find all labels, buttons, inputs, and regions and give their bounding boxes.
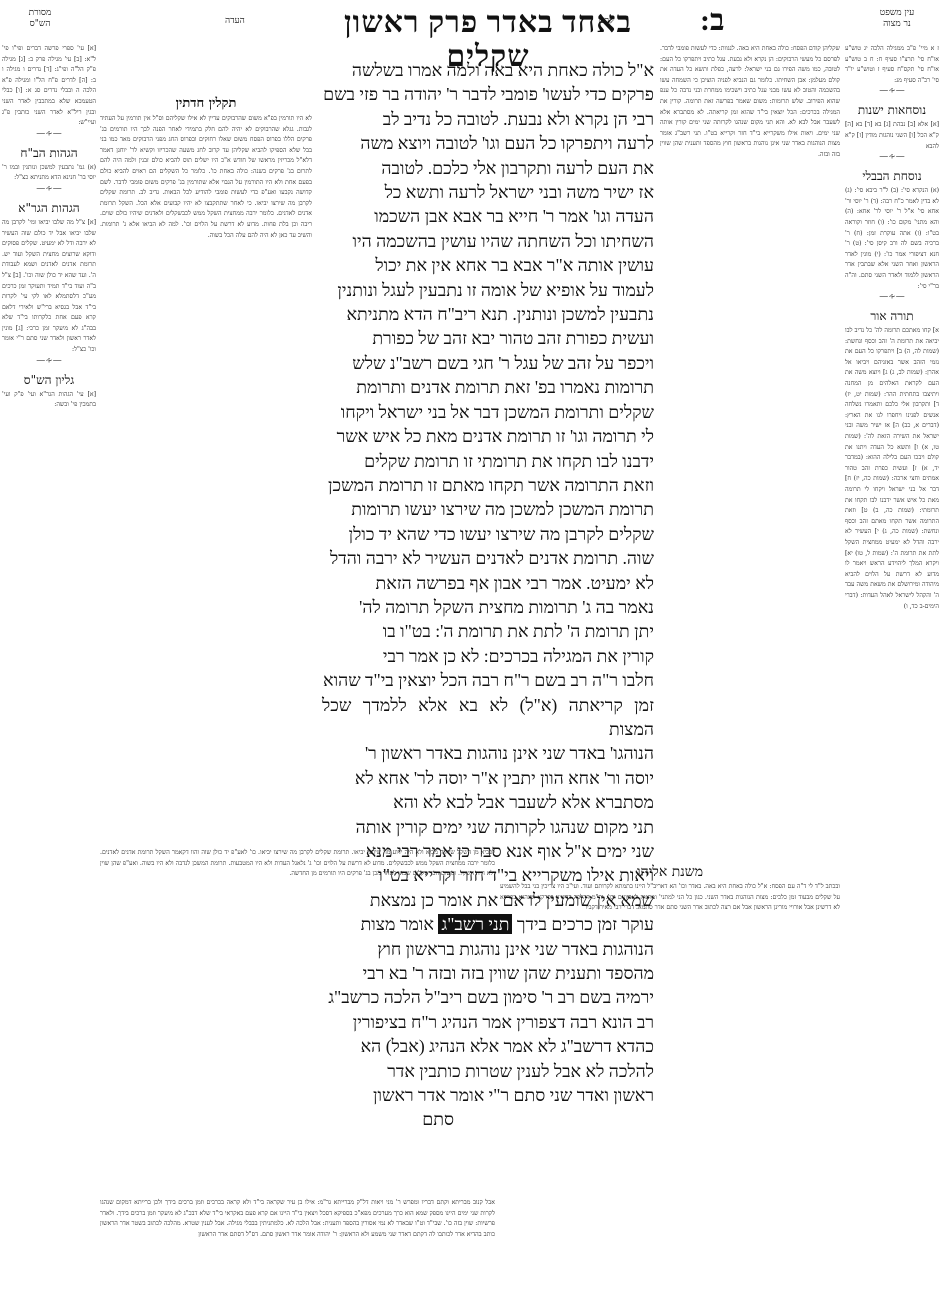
gemara-line: רבי הן נקרא ולא נבעת. לטובה כל נדיב לב — [322, 107, 654, 131]
korban-text: שקליהן קודם הפסח: כולה באחת היא באה. לנג… — [660, 44, 840, 161]
section-title-torah-or: תורה אור — [845, 308, 939, 324]
gemara-line: הנוהגו' באדר שני אינן נוהגות באדר ראשון … — [322, 741, 654, 765]
section-text-nuschaot: [א] אלא [ב] נבהת [ג] בא [ד] בא [ה] ק"א ה… — [845, 120, 939, 152]
gemara-line: תרומת המשכן למשכן מה שירצו יעשו תרומות — [322, 497, 654, 521]
section-title-nuschaot: נוסחאות ישנות — [845, 102, 939, 118]
gemara-line: קורין את המגילה בכרכים: לא כן אמר רבי — [322, 644, 654, 668]
haeda-footer-text: אבל קנוב מבריתא וקתם דבריו ומפרש ר' מני … — [100, 1198, 495, 1240]
section-title-gilyon-hashas: גליון הש"ס — [2, 372, 96, 388]
gemara-line: זמן קריאתה (א"ל) לא בא אלא ללמדך שכל המצ… — [322, 693, 654, 742]
section-title-nuschat-habavli: נוסחת הבבלי — [845, 168, 939, 184]
daf-number: ב: — [700, 4, 724, 38]
gemara-line-text: עוקר זמן כרכים בידך — [517, 914, 654, 934]
ein-mishpat-label: עין משפט נר מצוה — [867, 8, 927, 30]
gemara-line: לי תרומה וגו' זו תרומת אדנים מאת כל איש … — [322, 424, 654, 448]
haeda-text: לא היו תורמין בפ"א משום שהרבוקים עדיין ל… — [100, 114, 312, 241]
gemara-line: לא ימעיט. אמר רבי אבון אף בפרשה הזאת — [322, 571, 654, 595]
gemara-line: מסתברא אלא לשעבר אבל לבא לא והא — [322, 790, 654, 814]
gemara-line: נאמר בה ג' תרומות מחצית השקל תרומה לה' — [322, 595, 654, 619]
gemara-line: לרעה ויתפרקו כל העם וגו' לטובה ויוצא משה — [322, 131, 654, 155]
gemara-line: וזאת התרומה אשר תקחו מאתם זו תרומת המשכן — [322, 473, 654, 497]
gemara-line: אז ישיר משה ובני ישראל לרעה ותשא כל — [322, 180, 654, 204]
ornament-divider: —∻— — [845, 152, 939, 162]
gemara-line: חלבו ר"ה רב בשם ר"ח רבה הכל יוצאין בי"ד … — [322, 668, 654, 692]
ornament-divider: —∻— — [845, 292, 939, 302]
haeda-bottom-text: לכביא מן השקל שיהיה מכיא ולא היה ידוע מה… — [100, 848, 495, 880]
haeda-commentary: תקלין חדתין לא היו תורמין בפ"א משום שהרב… — [100, 44, 312, 844]
korban-commentary: שקליהן קודם הפסח: כולה באחת היא באה. לנג… — [660, 44, 840, 854]
section-text-gilyon-hashas: [א] עי' הגהות הגר"א ועי' פ"ק ועי' בתמכין… — [2, 390, 96, 411]
haeda-bottom-block: לכביא מן השקל שיהיה מכיא ולא היה ידוע מה… — [100, 848, 495, 1198]
masoret-text: [א] עי' ספרי פרשה דברים ופי"ו פי' ל"א: [… — [2, 44, 96, 129]
gemara-main-text: א"ל כולה כאחת היא באה ולמה אמרו בשלשה פר… — [322, 58, 654, 598]
page-header: עין משפט נר מצוה ב: קרבן באחד באדר פרק ר… — [0, 0, 941, 44]
gemara-line: יתן תרומת ה' לתת את תרומת ה': בט"ו בו — [322, 619, 654, 643]
section-text-hagahot-bach: (א) גמ' נתבעין למשכן ונותנין ובמו ר' יוס… — [2, 163, 96, 184]
ornament-divider: —∻— — [2, 356, 96, 366]
section-text-hagahot-gra: [א] צ"ל מה שלבו יביאו ומי' לקרבן מה שלבו… — [2, 218, 96, 356]
ornament-divider: —∻— — [2, 184, 96, 194]
gemara-line: ועשית כפורת זהב טהור יבא זהב של כפורת — [322, 326, 654, 350]
haeda-footer-block: אבל קנוב מבריתא וקתם דבריו ומפרש ר' מני … — [100, 1198, 495, 1278]
gemara-line: נתבעין למשכן ונותנין. תנא ריב"ח הדא מתני… — [322, 302, 654, 326]
gemara-line: שקלים ותרומת המשכן דבר אל בני ישראל ויקח… — [322, 400, 654, 424]
ornament-divider: —∻— — [2, 129, 96, 139]
masoret-label: מסורת הש"ס — [10, 8, 70, 30]
left-margin-column: [א] עי' ספרי פרשה דברים ופי"ו פי' ל"א: [… — [2, 44, 96, 1044]
gemara-line: השחיתו וכל השחתה שהיו עושין בהשכמה היו — [322, 229, 654, 253]
section-title-hagahot-gra: הגהות הגר"א — [2, 200, 96, 216]
haeda-label: העדה — [225, 16, 245, 27]
gemara-line: עושין אותה א"ר אבא בר אחא אין את יכול — [322, 253, 654, 277]
right-margin-column: ז א מיי' פ"ב ממגילה הלכה יג טוש"ע או"ח ס… — [845, 44, 939, 1264]
section-text-nuschat-habavli: (א) הנקרא סי': (ב) ל"ר ביבא סי': (ג) לא … — [845, 186, 939, 292]
gemara-line: תני מקום שנהגו לקרותה שני ימים קורין אות… — [322, 815, 654, 839]
gemara-line: פרקים כדי לעשו' פומבי לדבר ר' יהודה בר פ… — [322, 82, 654, 106]
gemara-line: את העם לרעה ותקרבון אלי כלכם. לטובה — [322, 156, 654, 180]
gemara-line: ויכפר על זהב של עגל ר' חגי בשם רשב"נ שלש — [322, 351, 654, 375]
gemara-line: יוסה ור' אחא הוון יתבין א"ר יוסה לר' אחא… — [322, 766, 654, 790]
gemara-line: א"ל כולה כאחת היא באה ולמה אמרו בשלשה — [322, 58, 654, 82]
ein-mishpat-text: ז א מיי' פ"ב ממגילה הלכה יג טוש"ע או"ח ס… — [845, 44, 939, 86]
section-text-torah-or: א] קחו מאתכם תרומה לה' כל נדיב לבו יביאה… — [845, 326, 939, 612]
gemara-line: העדה וגו' אמר ר' חייא בר אבא אבן השכמו — [322, 204, 654, 228]
gemara-line: ידבנו לבו תקחו את תרומתי זו תרומת שקלים — [322, 449, 654, 473]
gemara-line: שקלים לקרבן מה שירצו יעשו כדי שהא יד כול… — [322, 522, 654, 546]
section-title-hagahot-bach: הגהות הב"ח — [2, 145, 96, 161]
gemara-line: לעמוד על אופיא של אומה זו נתבעין לעגל ונ… — [322, 278, 654, 302]
haeda-heading: תקלין חדתין — [100, 96, 312, 112]
gemara-line: שוה. תרומת אדנים לאדנים העשיר לא ירבה וה… — [322, 546, 654, 570]
ornament-divider: —∻— — [845, 86, 939, 96]
gemara-line: תרומות נאמרו בפ' זאת תרומת אדנים ותרומת — [322, 375, 654, 399]
